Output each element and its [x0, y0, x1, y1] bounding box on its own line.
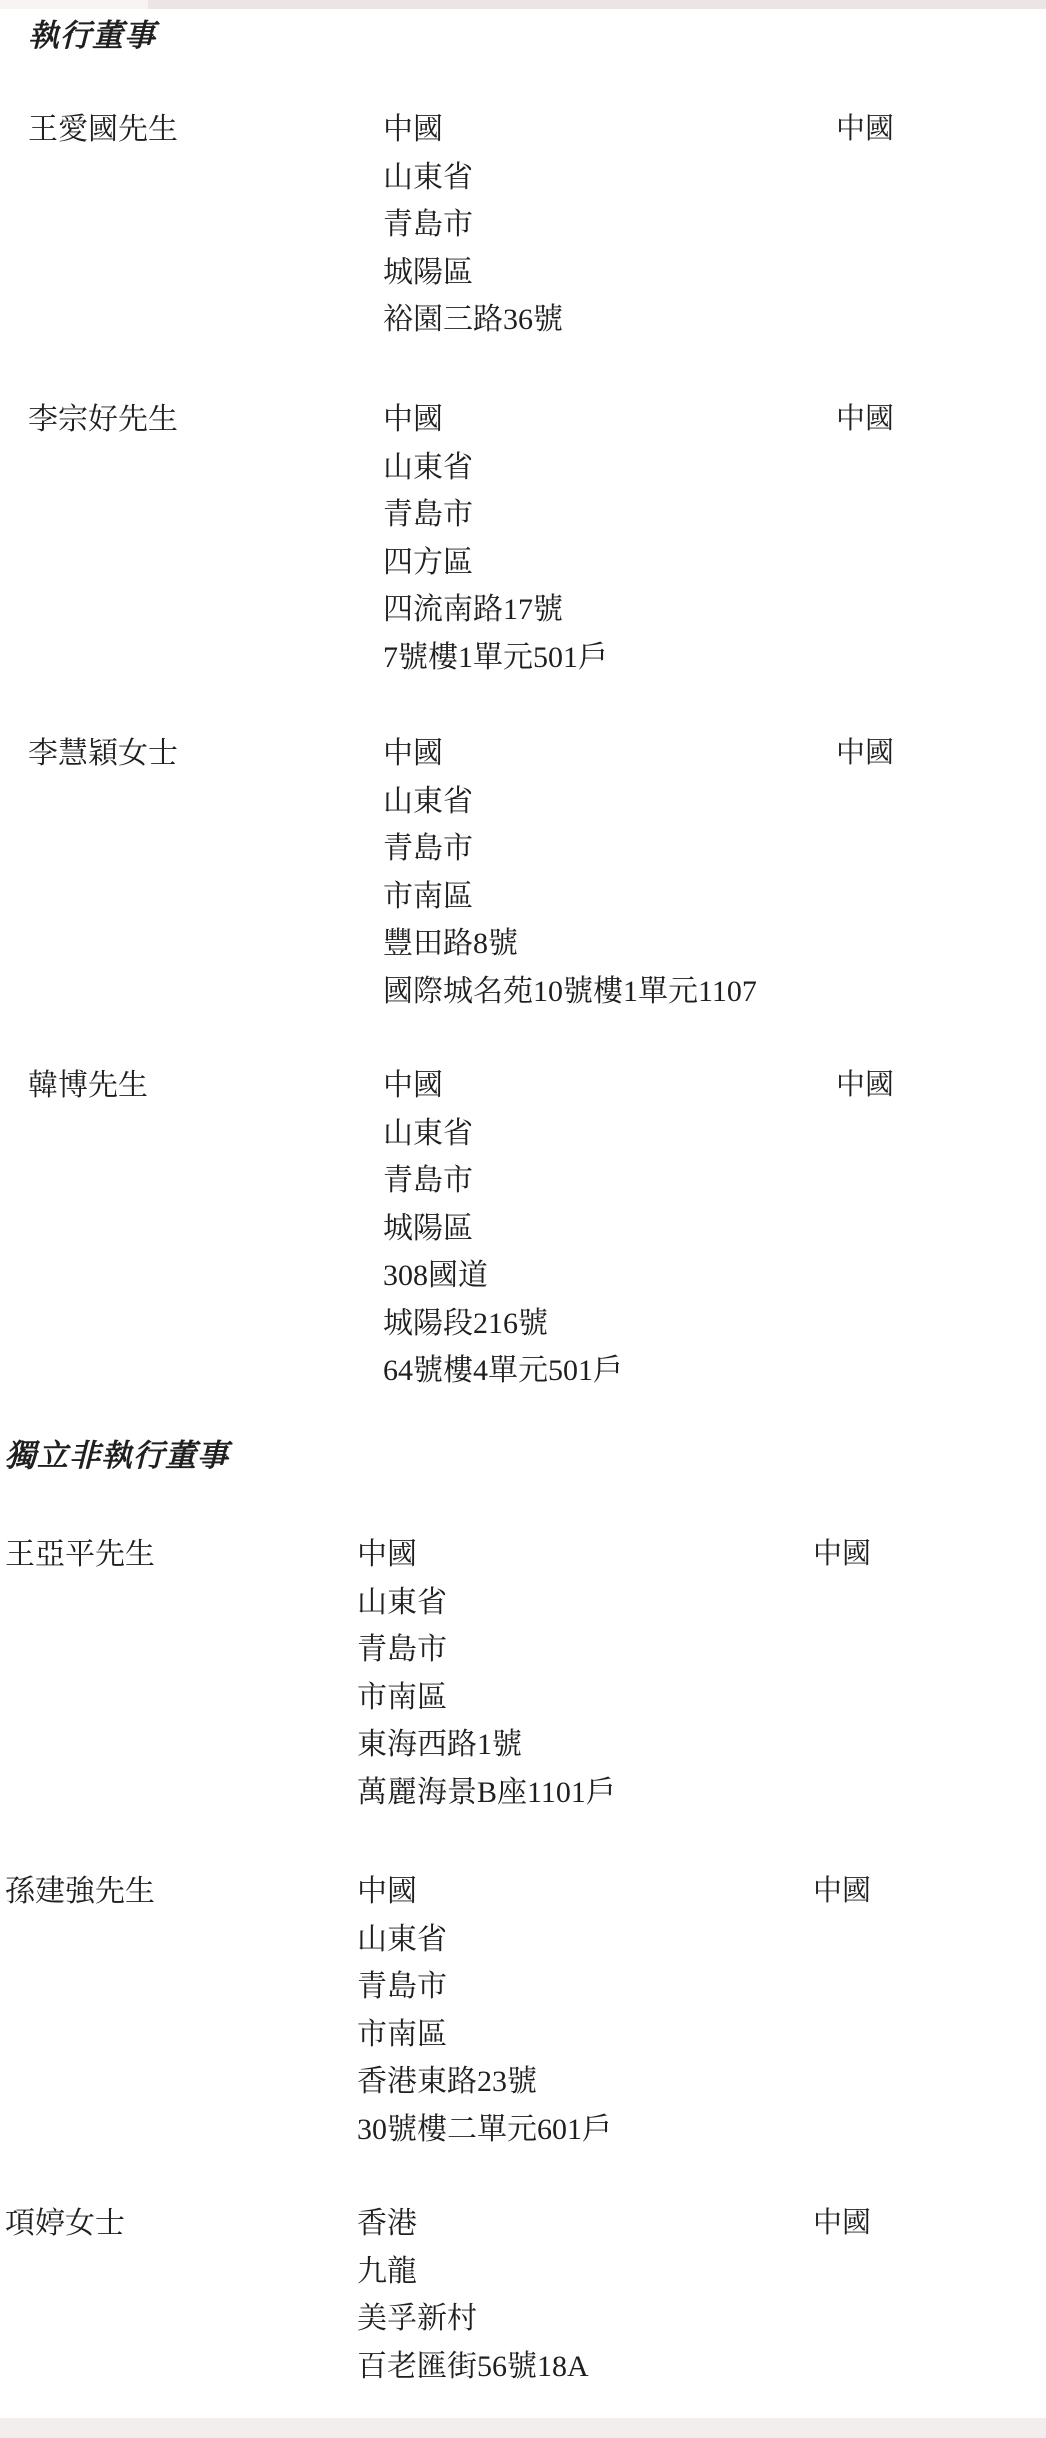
director-address: 中國 山東省 青島市 四方區 四流南路17號 7號樓1單元501戶: [383, 396, 608, 681]
address-line: 九龍: [357, 2248, 589, 2296]
address-line: 青島市: [357, 1626, 616, 1674]
address-line: 萬麗海景B座1101戶: [357, 1769, 616, 1817]
address-line: 30號樓二單元601戶: [357, 2106, 612, 2154]
director-address: 中國 山東省 青島市 城陽區 308國道 城陽段216號 64號樓4單元501戶: [383, 1062, 623, 1395]
director-address: 中國 山東省 青島市 城陽區 裕園三路36號: [383, 106, 563, 344]
address-line: 中國: [357, 1868, 612, 1916]
address-line: 青島市: [383, 1157, 623, 1205]
address-line: 豐田路8號: [383, 920, 757, 968]
address-line: 青島市: [383, 201, 563, 249]
address-line: 64號樓4單元501戶: [383, 1347, 623, 1395]
section-heading-independent-non-executive-directors: 獨立非執行董事: [5, 1436, 229, 1476]
address-line: 香港東路23號: [357, 2058, 612, 2106]
address-line: 中國: [383, 1062, 623, 1110]
director-address: 中國 山東省 青島市 市南區 香港東路23號 30號樓二單元601戶: [357, 1868, 612, 2153]
director-nationality: 中國: [836, 106, 894, 154]
page-top-edge-strip: [0, 0, 1046, 9]
address-line: 百老匯街56號18A: [357, 2343, 589, 2391]
scanned-document-page: { "page": { "text_color": "#1f1f1f", "to…: [0, 0, 1046, 2438]
director-name: 李慧穎女士: [28, 730, 178, 778]
director-nationality: 中國: [813, 1868, 871, 1916]
address-line: 山東省: [383, 444, 608, 492]
director-nationality: 中國: [836, 396, 894, 444]
address-line: 山東省: [357, 1916, 612, 1964]
director-name: 李宗好先生: [28, 396, 178, 444]
address-line: 山東省: [383, 1110, 623, 1158]
address-line: 中國: [383, 730, 757, 778]
director-name: 王亞平先生: [5, 1531, 155, 1579]
address-line: 美孚新村: [357, 2295, 589, 2343]
address-line: 城陽區: [383, 1205, 623, 1253]
director-nationality: 中國: [813, 2200, 871, 2248]
director-address: 中國 山東省 青島市 市南區 東海西路1號 萬麗海景B座1101戶: [357, 1531, 616, 1816]
address-line: 市南區: [383, 873, 757, 921]
director-name: 項婷女士: [5, 2200, 125, 2248]
address-line: 青島市: [383, 825, 757, 873]
address-line: 四方區: [383, 539, 608, 587]
director-name: 王愛國先生: [28, 106, 178, 154]
address-line: 國際城名苑10號樓1單元1107: [383, 968, 757, 1016]
address-line: 308國道: [383, 1252, 623, 1300]
address-line: 中國: [357, 1531, 616, 1579]
director-name: 韓博先生: [28, 1062, 148, 1110]
address-line: 裕園三路36號: [383, 296, 563, 344]
address-line: 城陽段216號: [383, 1300, 623, 1348]
address-line: 山東省: [383, 778, 757, 826]
page-bottom-edge-strip: [0, 2418, 1046, 2438]
address-line: 香港: [357, 2200, 589, 2248]
address-line: 青島市: [383, 491, 608, 539]
director-nationality: 中國: [836, 1062, 894, 1110]
director-nationality: 中國: [836, 730, 894, 778]
director-address: 中國 山東省 青島市 市南區 豐田路8號 國際城名苑10號樓1單元1107: [383, 730, 757, 1015]
address-line: 市南區: [357, 1674, 616, 1722]
address-line: 7號樓1單元501戶: [383, 634, 608, 682]
address-line: 市南區: [357, 2011, 612, 2059]
address-line: 中國: [383, 106, 563, 154]
director-nationality: 中國: [813, 1531, 871, 1579]
address-line: 中國: [383, 396, 608, 444]
director-name: 孫建強先生: [5, 1868, 155, 1916]
address-line: 山東省: [357, 1579, 616, 1627]
director-address: 香港 九龍 美孚新村 百老匯街56號18A: [357, 2200, 589, 2390]
address-line: 青島市: [357, 1963, 612, 2011]
address-line: 城陽區: [383, 249, 563, 297]
address-line: 東海西路1號: [357, 1721, 616, 1769]
page-top-edge-highlight: [0, 0, 148, 9]
section-heading-executive-directors: 執行董事: [28, 16, 156, 56]
address-line: 四流南路17號: [383, 586, 608, 634]
address-line: 山東省: [383, 154, 563, 202]
